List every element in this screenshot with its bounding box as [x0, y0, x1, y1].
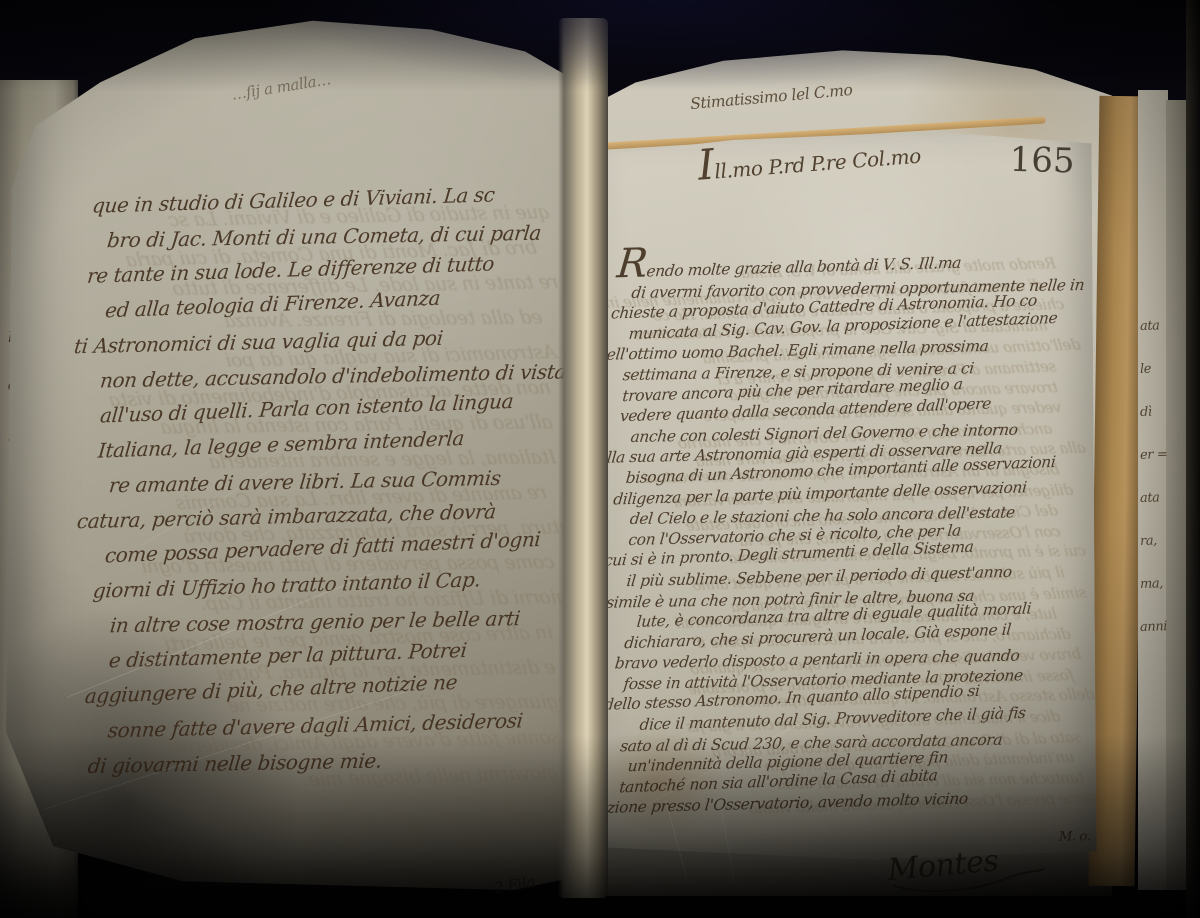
edge-tape-strip [1088, 96, 1145, 887]
letter-footer-note: M. o. [1059, 829, 1090, 844]
edge-text-fragment: anni [1140, 618, 1198, 635]
right-page-edge-stack: ataledìer =atara,ma,anni [1094, 0, 1200, 918]
letter-salutation: Ill.mo P.rd P.re Col.mo [697, 136, 922, 185]
folio-number: 165 [1009, 140, 1075, 182]
letter-body-text: Rendo molte grazie alla bontà di V. S. I… [604, 242, 1090, 819]
edge-text-fragment: ma, [1140, 575, 1198, 592]
right-letter-page: Ill.mo P.rd P.re Col.mo 165 Rendo molte … [593, 130, 1096, 861]
edge-text-fragment: le [1140, 360, 1198, 377]
left-page-text-block: que in studio di Galileo e di Viviani. L… [80, 175, 588, 784]
manuscript-photo: ldgqneguozd …ſij a malla… que in studio … [0, 0, 1200, 918]
right-edge-fragments: ataledìer =atara,ma,anni [1140, 318, 1198, 662]
edge-text-fragment: dì [1140, 403, 1198, 420]
right-page-top-inscription: Stimatissimo lel C.mo [690, 81, 854, 113]
edge-text-fragment: ata [1140, 317, 1198, 334]
edge-text-fragment: ra, [1140, 532, 1198, 549]
book-gutter [558, 18, 608, 898]
edge-text-fragment: er = [1140, 446, 1198, 463]
left-manuscript-page: …ſij a malla… que in studio di Galileo e… [6, 12, 596, 890]
edge-text-fragment: ata [1140, 489, 1198, 506]
left-page-faint-inscription: …ſij a malla… [230, 70, 332, 103]
